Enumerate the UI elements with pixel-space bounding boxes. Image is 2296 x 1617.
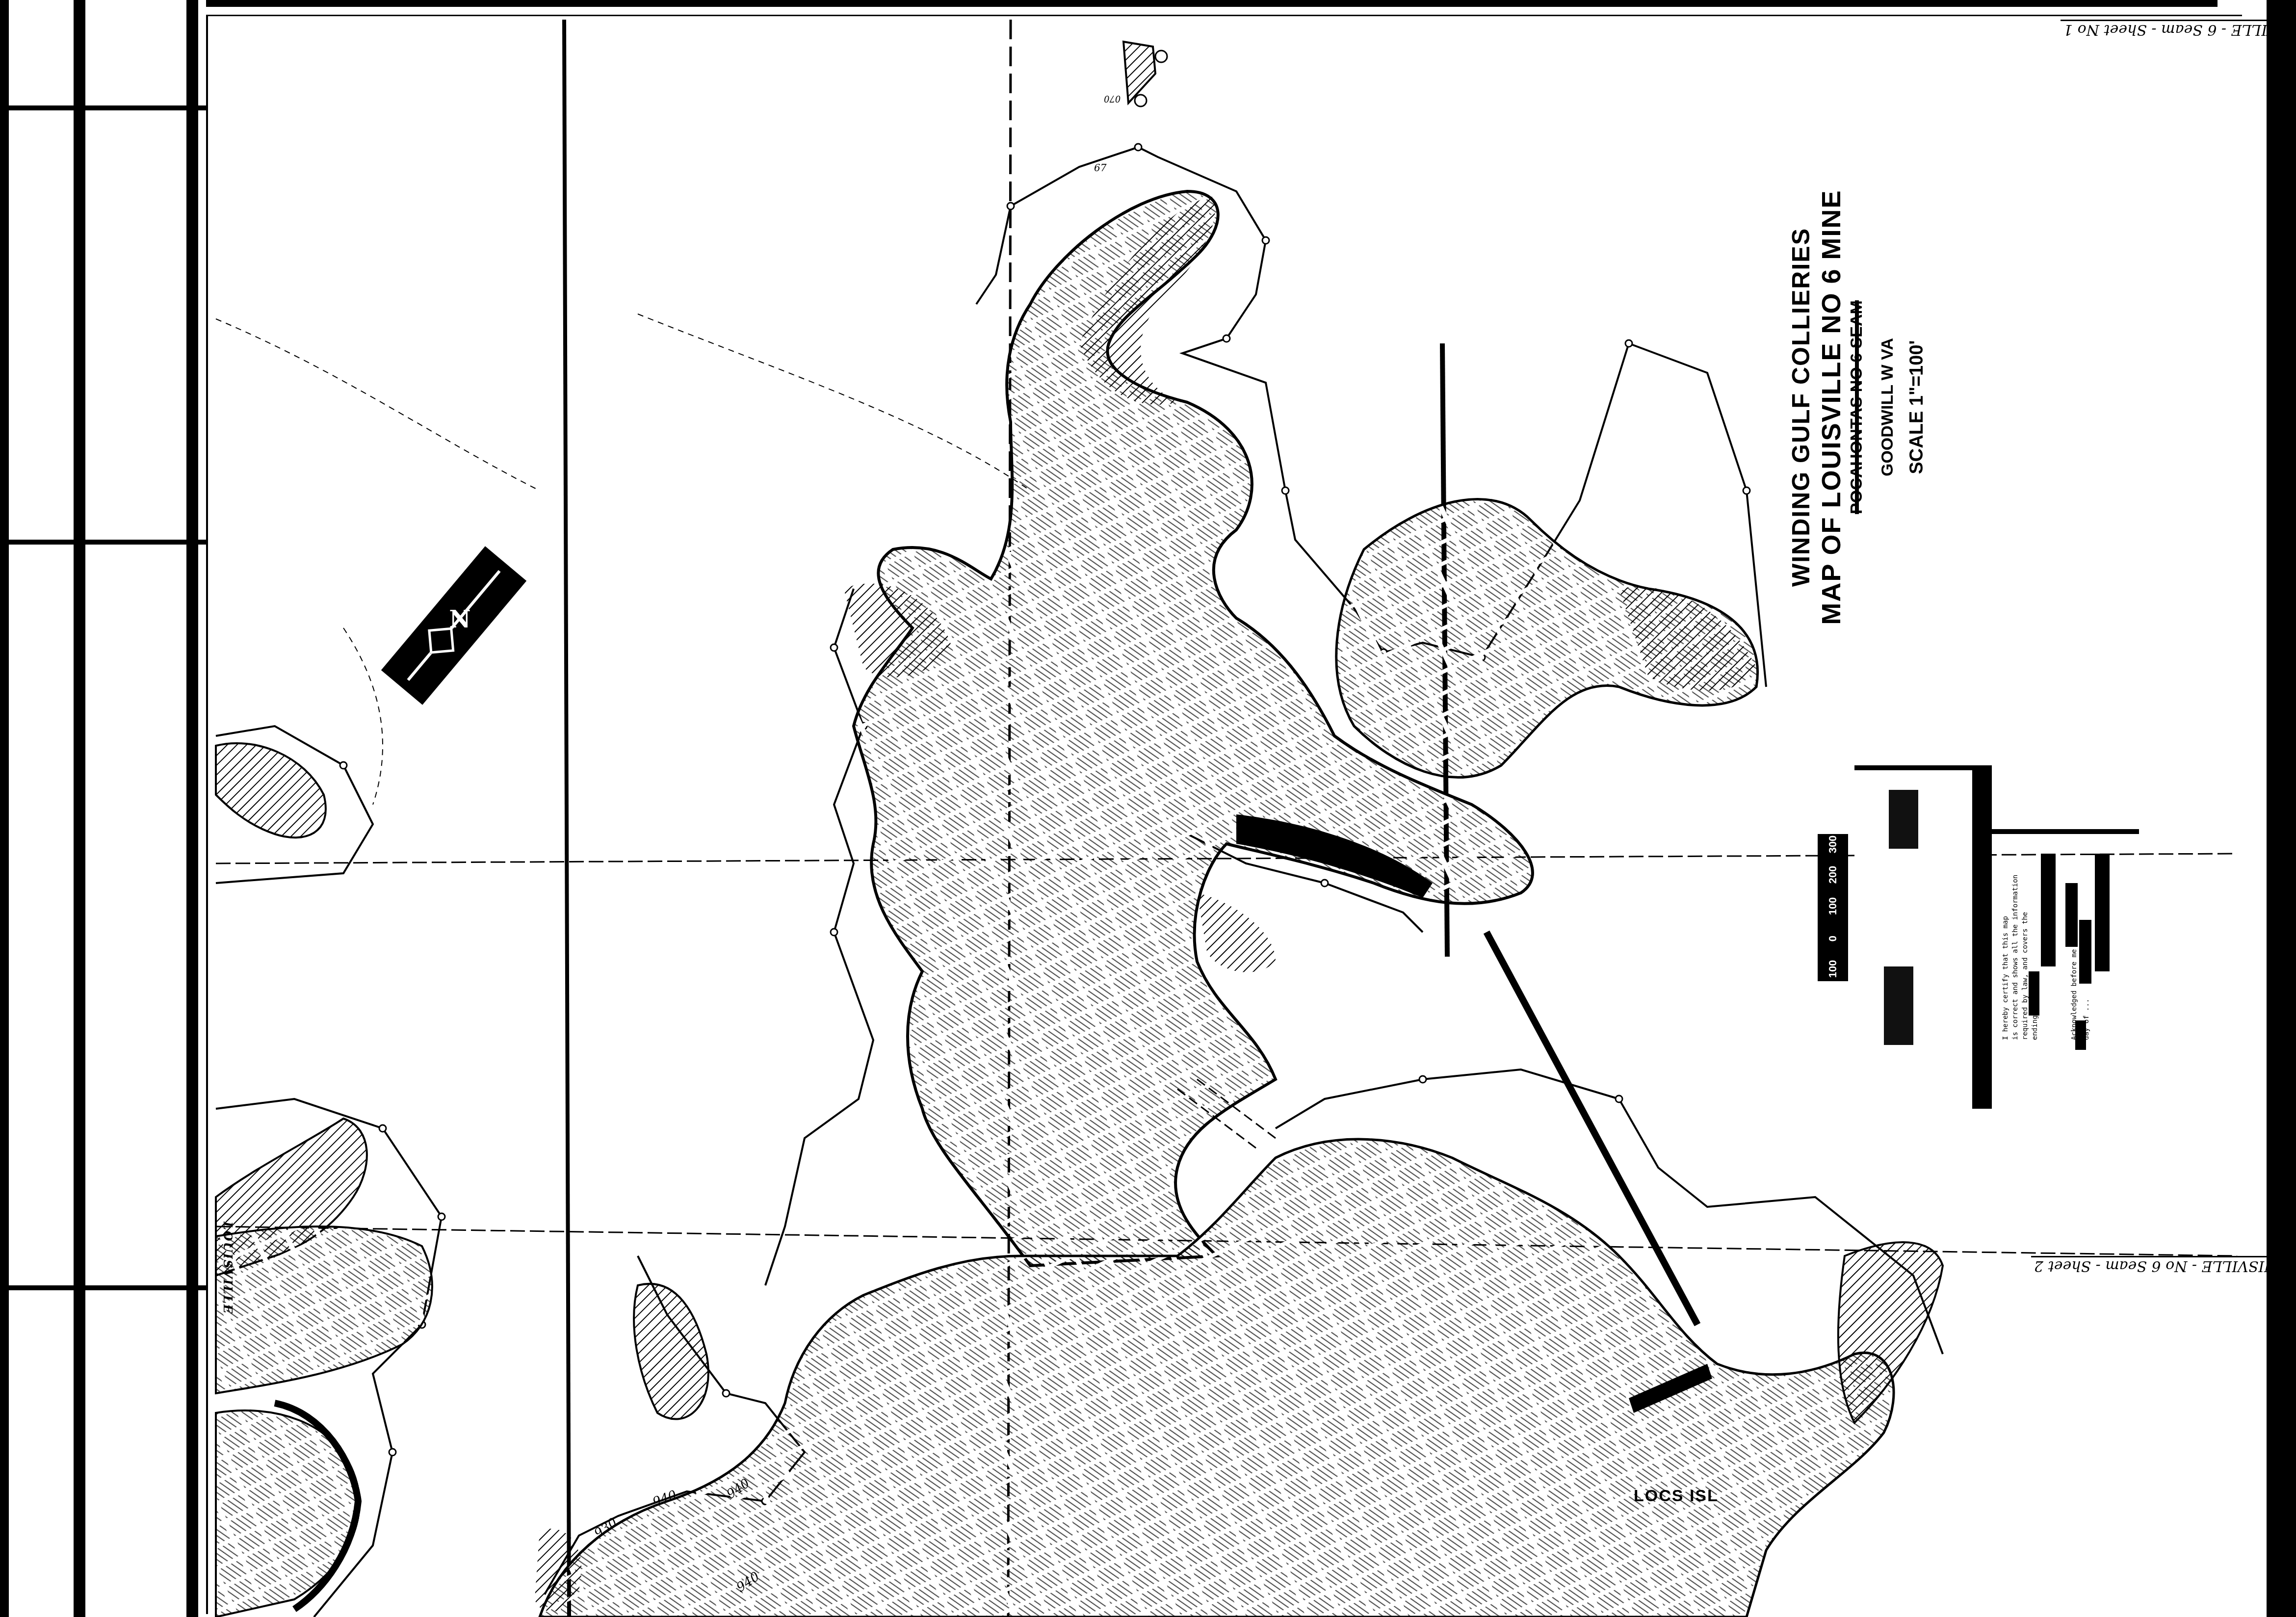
scale-tick: 0 [1826, 925, 1839, 952]
title-block: WINDING GULF COLLIERIES MAP OF LOUISVILL… [1776, 275, 1953, 540]
certificate-line: is correct and shows all the information [2011, 875, 2019, 1040]
signature-redaction [2065, 883, 2078, 947]
signature-redaction [2095, 854, 2110, 971]
certificate-block: I hereby certify that this map is correc… [1992, 829, 2139, 1069]
map-scale: SCALE 1"=100' [1903, 340, 1931, 474]
signature-redaction [2079, 920, 2091, 984]
louisville-label: LOUISVILLE [221, 1222, 235, 1314]
scale-tick: 200 [1826, 861, 1839, 888]
elevation-label: 67 [1094, 162, 1106, 174]
legend-entry-blot [1889, 790, 1918, 849]
certificate-line: required by law, and covers the [2021, 912, 2029, 1040]
scale-tick: 100 [1826, 893, 1839, 919]
sheet-label-1: LOUISVILLE - 6 Seam - Sheet No 1 [2061, 20, 2296, 38]
signature-redaction [2041, 854, 2056, 966]
scale-tick: 100 [1826, 956, 1839, 982]
sheet-label-2: LOUISVILLE - No 6 Seam - Sheet 2 [2031, 1256, 2296, 1275]
company-name: WINDING GULF COLLIERIES [1786, 228, 1816, 587]
elevation-label: 070 [1104, 93, 1121, 104]
signature-redaction [2075, 1020, 2086, 1050]
scale-bar: 100 0 100 200 300 [1818, 834, 1848, 981]
scale-tick: 300 [1826, 831, 1839, 858]
north-arrow-label: N [449, 606, 470, 633]
lower-area-label: LOCS ISL [1634, 1487, 1719, 1506]
location: GOODWILL W VA [1872, 338, 1903, 476]
map-title: MAP OF LOUISVILLE NO 6 MINE [1816, 189, 1847, 625]
certificate-line: I hereby certify that this map [2002, 916, 2009, 1040]
signature-redaction [2029, 971, 2039, 1016]
legend-card [1854, 765, 1992, 1109]
seam-name: POCAHONTAS NO 6 SEAM [1847, 300, 1866, 514]
legend-entry-blot [1884, 966, 1913, 1045]
